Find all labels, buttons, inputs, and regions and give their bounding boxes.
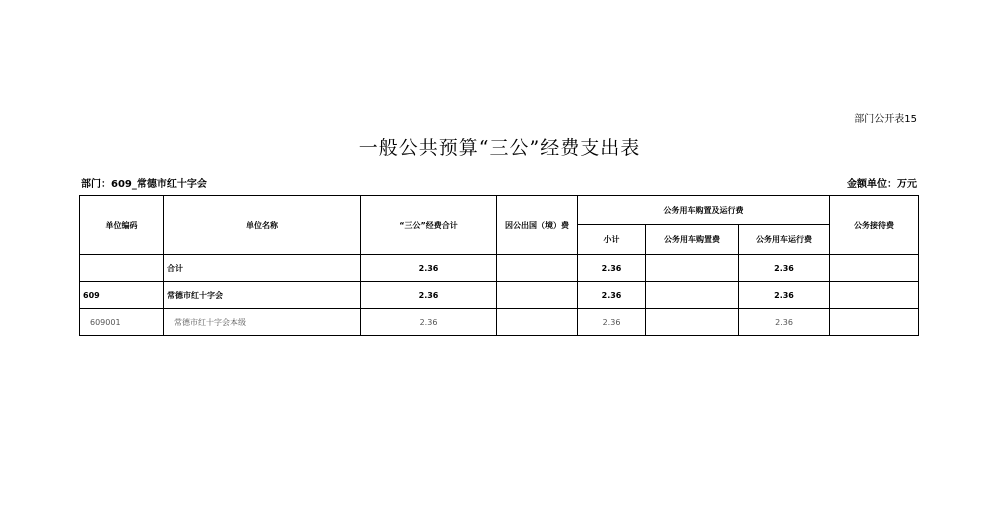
cell-subtotal: 2.36 xyxy=(578,309,646,336)
cell-subtotal: 2.36 xyxy=(578,282,646,309)
cell-operation: 2.36 xyxy=(739,255,830,282)
table-row: 609 常德市红十字会 2.36 2.36 2.36 xyxy=(80,282,919,309)
cell-code xyxy=(80,255,164,282)
cell-purchase xyxy=(646,282,739,309)
page-title: 一般公共预算“三公”经费支出表 xyxy=(0,133,999,160)
cell-total: 2.36 xyxy=(361,282,497,309)
three-public-expenses-table: 单位编码 单位名称 “三公”经费合计 因公出国（境）费 公务用车购置及运行费 公… xyxy=(79,195,919,336)
table-row: 609001 常德市红十字会本级 2.36 2.36 2.36 xyxy=(80,309,919,336)
col-header-subtotal: 小计 xyxy=(578,225,646,255)
cell-abroad xyxy=(497,255,578,282)
cell-purchase xyxy=(646,309,739,336)
col-header-name: 单位名称 xyxy=(164,196,361,255)
cell-operation: 2.36 xyxy=(739,309,830,336)
col-header-total: “三公”经费合计 xyxy=(361,196,497,255)
department-label: 部门：609_常德市红十字会 xyxy=(81,175,207,190)
amount-unit-label: 金额单位：万元 xyxy=(847,175,917,190)
cell-total: 2.36 xyxy=(361,309,497,336)
cell-name: 常德市红十字会 xyxy=(164,282,361,309)
col-header-reception: 公务接待费 xyxy=(830,196,919,255)
col-header-abroad: 因公出国（境）费 xyxy=(497,196,578,255)
cell-abroad xyxy=(497,309,578,336)
cell-abroad xyxy=(497,282,578,309)
cell-operation: 2.36 xyxy=(739,282,830,309)
cell-code: 609001 xyxy=(80,309,164,336)
cell-name: 合计 xyxy=(164,255,361,282)
cell-purchase xyxy=(646,255,739,282)
col-header-purchase: 公务用车购置费 xyxy=(646,225,739,255)
cell-subtotal: 2.36 xyxy=(578,255,646,282)
table-row-total: 合计 2.36 2.36 2.36 xyxy=(80,255,919,282)
col-header-code: 单位编码 xyxy=(80,196,164,255)
form-number: 部门公开表15 xyxy=(854,110,917,125)
cell-reception xyxy=(830,282,919,309)
col-header-vehicle-group: 公务用车购置及运行费 xyxy=(578,196,830,225)
cell-total: 2.36 xyxy=(361,255,497,282)
cell-name: 常德市红十字会本级 xyxy=(164,309,361,336)
cell-code: 609 xyxy=(80,282,164,309)
cell-reception xyxy=(830,309,919,336)
cell-reception xyxy=(830,255,919,282)
col-header-operation: 公务用车运行费 xyxy=(739,225,830,255)
